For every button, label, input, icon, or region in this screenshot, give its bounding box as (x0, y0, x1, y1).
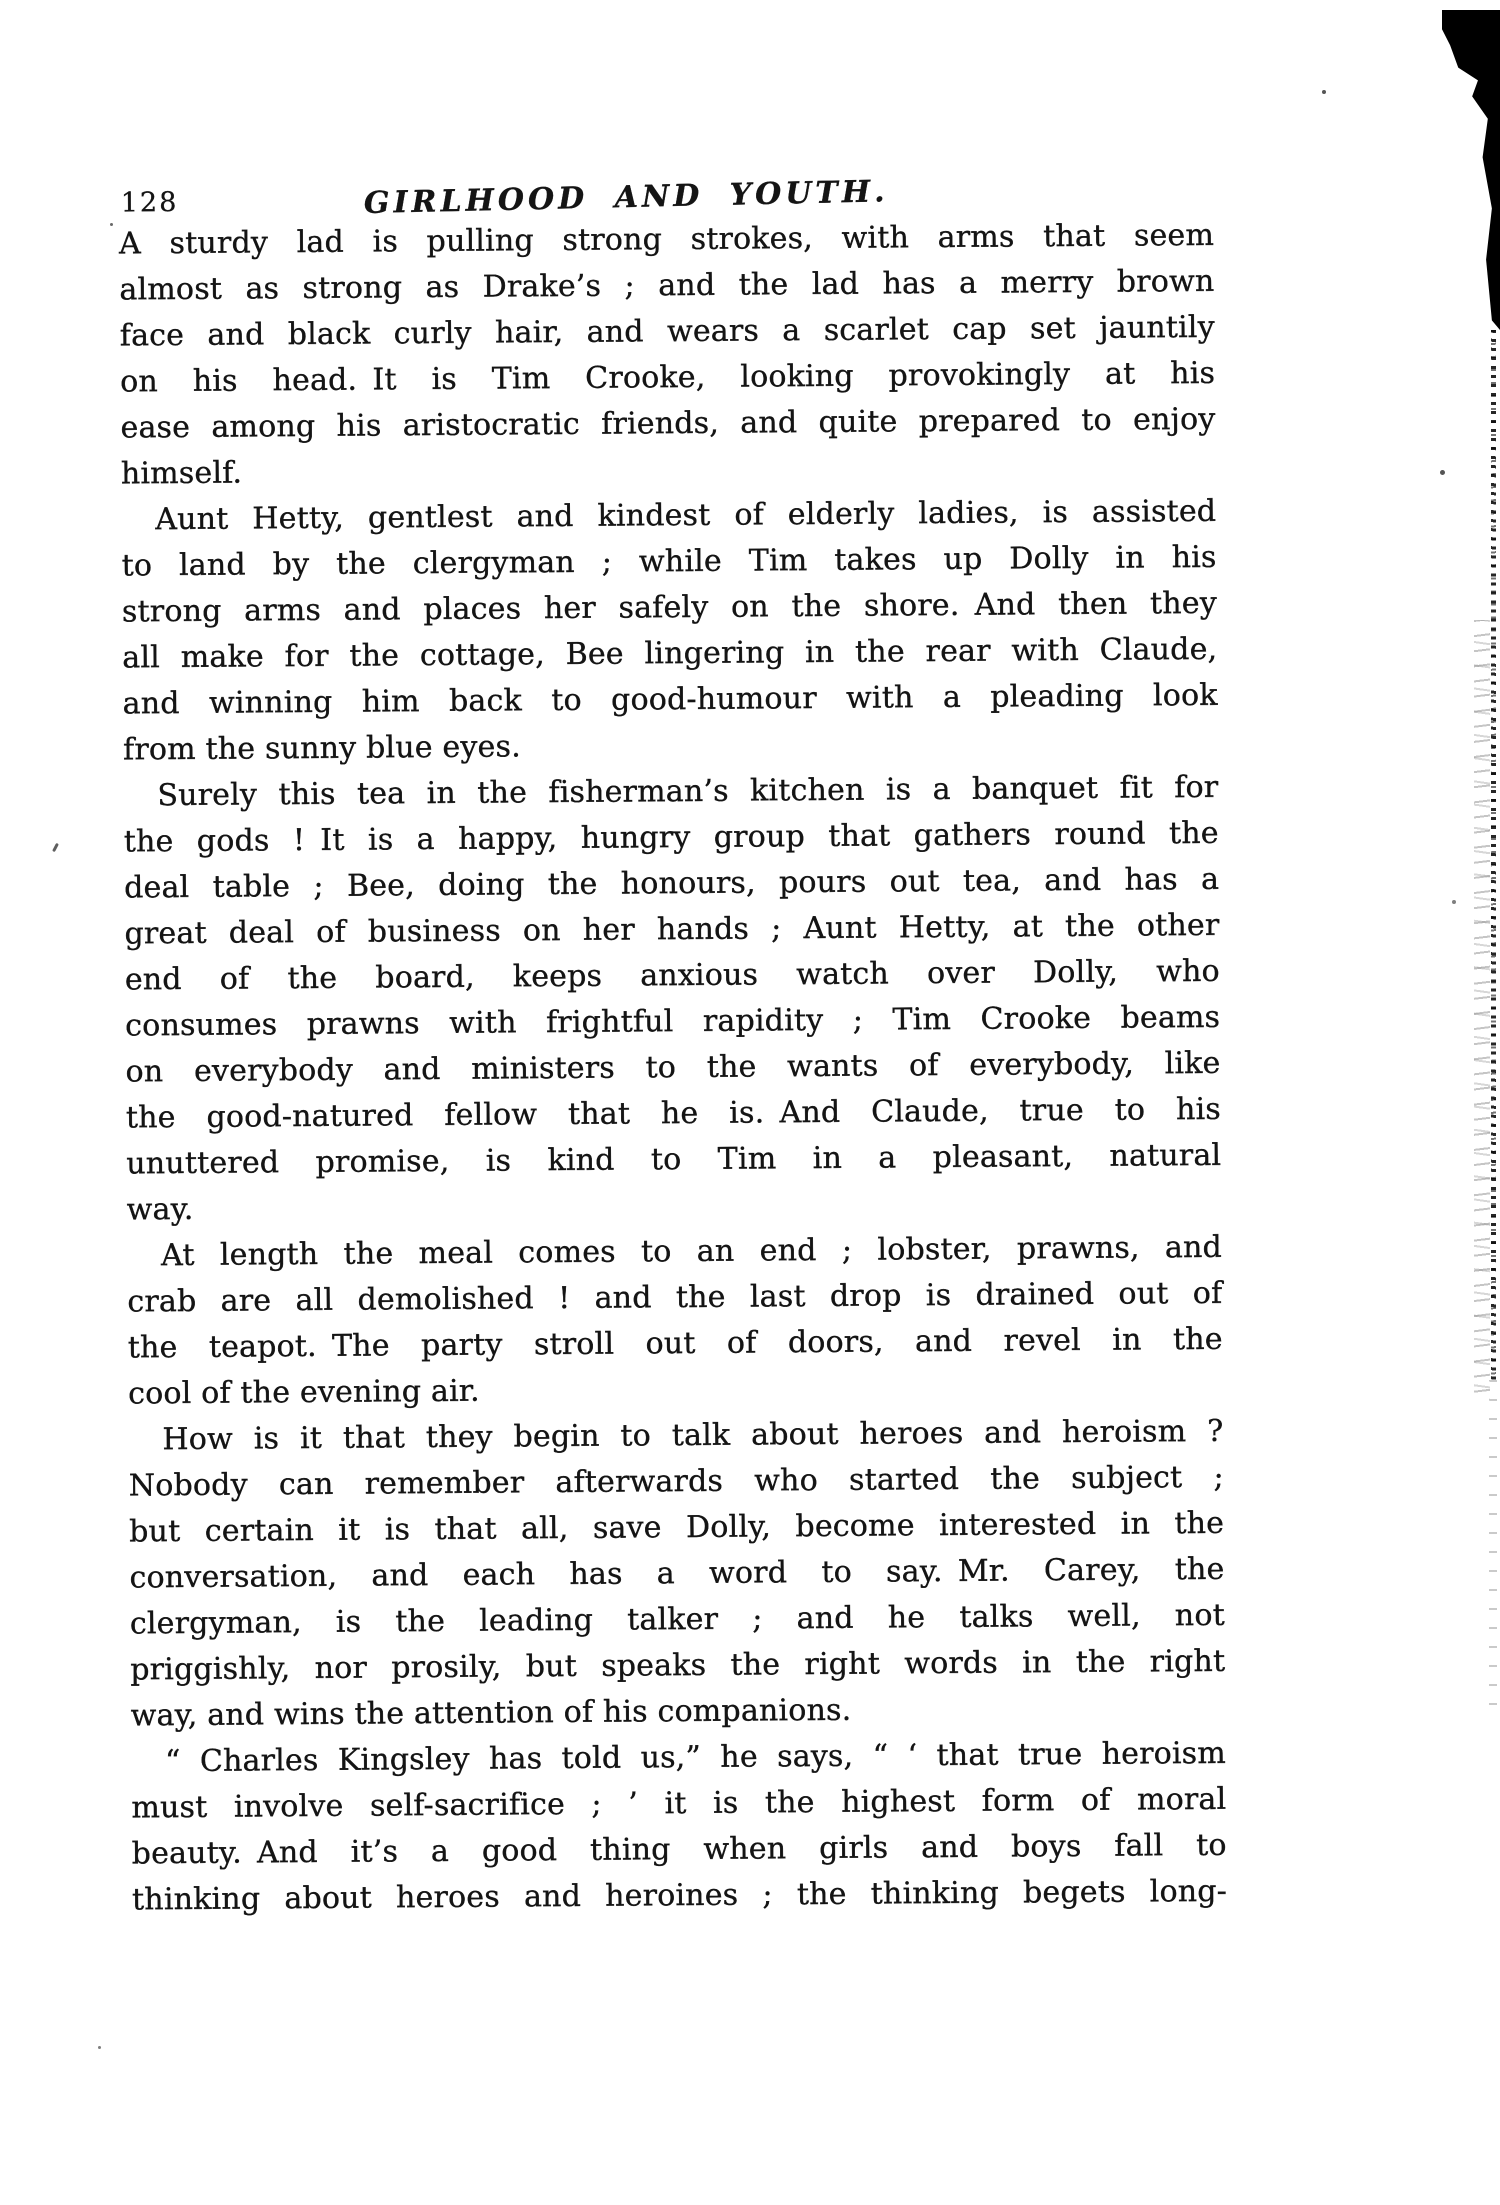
scan-speck (1322, 90, 1326, 94)
text-line: and winning him back to good-humour with… (123, 673, 1218, 728)
text-line: the teapot. The party stroll out of door… (128, 1317, 1223, 1372)
scanned-content: 128 GIRLHOOD AND YOUTH. A sturdy lad is … (0, 0, 1500, 1924)
text-line: ease among his aristocratic friends, and… (120, 397, 1215, 452)
scan-speck (110, 223, 113, 226)
text-line: unuttered promise, is kind to Tim in a p… (126, 1133, 1221, 1188)
scan-speck (98, 2046, 101, 2049)
page-text: A sturdy lad is pulling strong strokes, … (119, 213, 1227, 1924)
scan-speck (1452, 900, 1456, 904)
scan-speck (1440, 470, 1445, 475)
book-page: 128 GIRLHOOD AND YOUTH. A sturdy lad is … (0, 0, 1500, 2205)
text-line: priggishly, nor prosily, but speaks the … (130, 1639, 1225, 1694)
text-line: thinking about heroes and heroines ; the… (132, 1869, 1227, 1924)
